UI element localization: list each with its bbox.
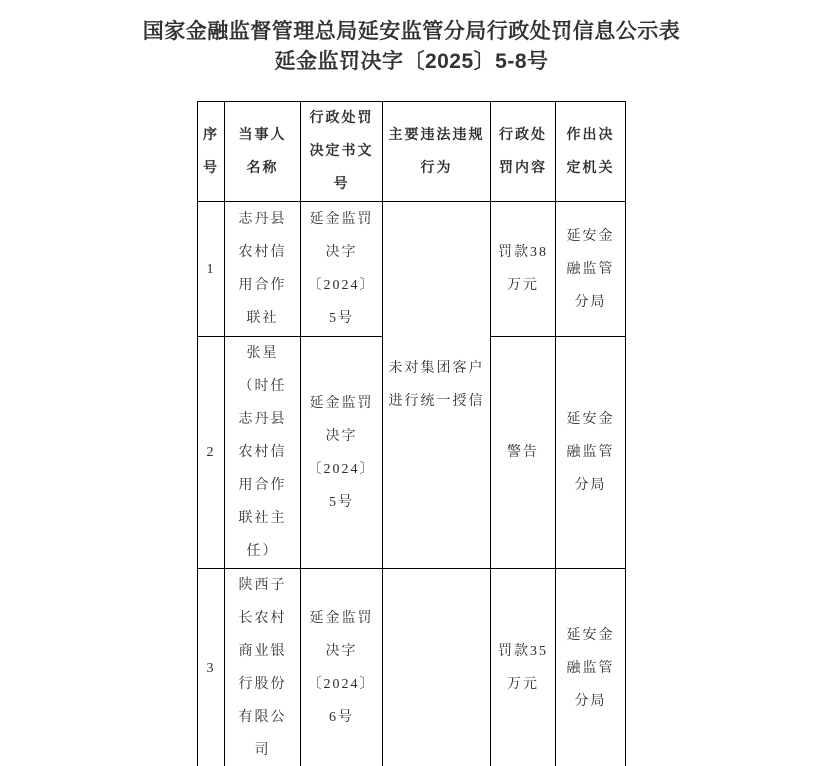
- cell-penalty: 罚款38 万元: [491, 202, 556, 337]
- cell-violation-merged: 未对集团客户 进行统一授信: [383, 202, 491, 569]
- cell-doc-no: 延金监罚 决字 〔2024〕 5号: [301, 202, 383, 337]
- cell-party: 陕西子 长农村 商业银 行股份 有限公 司: [225, 569, 301, 766]
- cell-party: 张星 （时任 志丹县 农村信 用合作 联社主 任）: [225, 337, 301, 569]
- page: 国家金融监督管理总局延安监管分局行政处罚信息公示表 延金监罚决字〔2025〕5-…: [0, 0, 823, 766]
- header-penalty: 行政处 罚内容: [491, 102, 556, 202]
- header-authority: 作出决 定机关: [556, 102, 626, 202]
- cell-violation-empty: [383, 569, 491, 766]
- cell-seq: 1: [198, 202, 225, 337]
- header-seq: 序 号: [198, 102, 225, 202]
- cell-penalty: 警告: [491, 337, 556, 569]
- cell-authority: 延安金 融监管 分局: [556, 337, 626, 569]
- table-row: 1 志丹县 农村信 用合作 联社 延金监罚 决字 〔2024〕 5号 未对集团客…: [198, 202, 626, 337]
- header-row: 序 号 当事人 名称 行政处罚 决定书文 号 主要违法违规 行为 行政处 罚内容…: [198, 102, 626, 202]
- penalty-table: 序 号 当事人 名称 行政处罚 决定书文 号 主要违法违规 行为 行政处 罚内容…: [197, 101, 626, 766]
- cell-doc-no: 延金监罚 决字 〔2024〕 5号: [301, 337, 383, 569]
- cell-penalty: 罚款35 万元: [491, 569, 556, 766]
- doc-number-subtitle: 延金监罚决字〔2025〕5-8号: [0, 49, 823, 74]
- header-party: 当事人 名称: [225, 102, 301, 202]
- header-doc-no: 行政处罚 决定书文 号: [301, 102, 383, 202]
- page-title: 国家金融监督管理总局延安监管分局行政处罚信息公示表: [0, 19, 823, 44]
- cell-seq: 3: [198, 569, 225, 766]
- cell-doc-no: 延金监罚 决字 〔2024〕 6号: [301, 569, 383, 766]
- cell-authority: 延安金 融监管 分局: [556, 569, 626, 766]
- header-violation: 主要违法违规 行为: [383, 102, 491, 202]
- cell-seq: 2: [198, 337, 225, 569]
- cell-authority: 延安金 融监管 分局: [556, 202, 626, 337]
- table-row: 3 陕西子 长农村 商业银 行股份 有限公 司 延金监罚 决字 〔2024〕 6…: [198, 569, 626, 766]
- cell-party: 志丹县 农村信 用合作 联社: [225, 202, 301, 337]
